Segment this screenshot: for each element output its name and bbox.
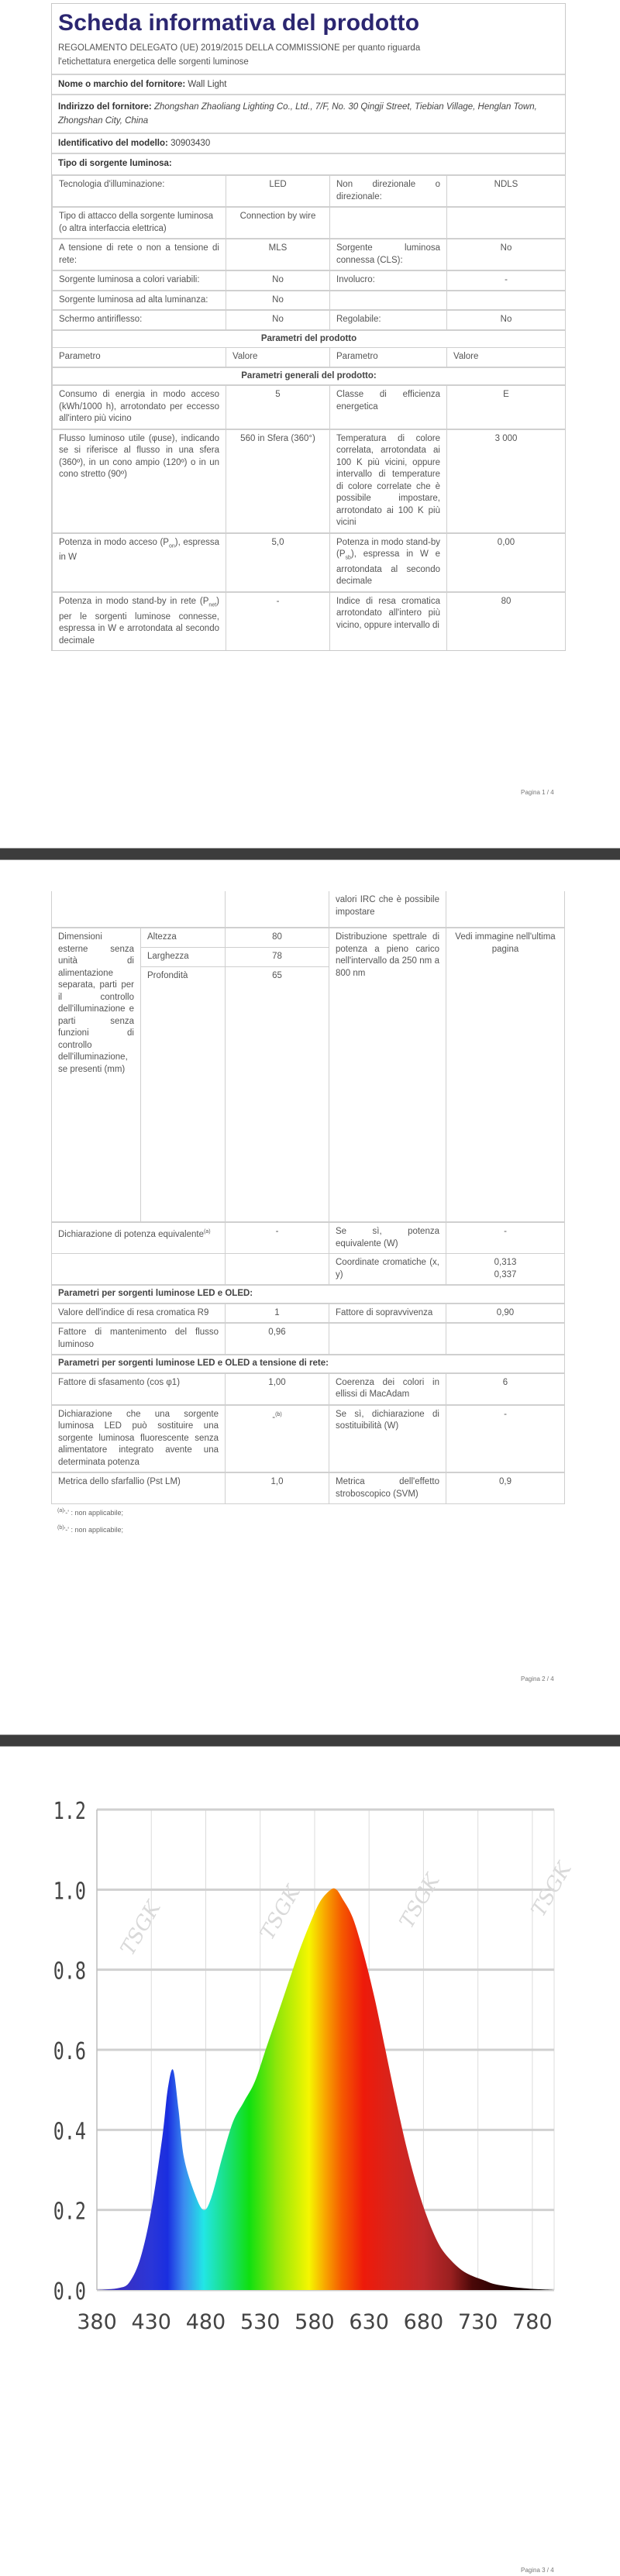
dim-height-value: 80 xyxy=(226,928,329,948)
param-value: No xyxy=(226,270,330,291)
param-label: Coerenza dei colori in ellissi di MacAda… xyxy=(329,1373,446,1405)
x-tick-label: 380 xyxy=(77,2310,117,2334)
x-tick-label: 480 xyxy=(186,2310,226,2334)
spd-label: Distribuzione spettrale di potenza a pie… xyxy=(329,928,446,1222)
param-value xyxy=(447,207,566,239)
y-tick-label: 1.0 xyxy=(53,1879,86,1906)
equiv-power-value: - xyxy=(226,1222,329,1254)
param-label: Potenza in modo stand-by (Psb), espressa… xyxy=(330,533,447,592)
product-table-p2: valori IRC che è possibile impostare Dim… xyxy=(51,891,565,1504)
param-label: Valore dell'indice di resa cromatica R9 xyxy=(52,1303,226,1324)
table-row: Schermo antiriflesso:NoRegolabile:No xyxy=(53,310,566,330)
section-led-oled: Parametri per sorgenti luminose LED e OL… xyxy=(52,1285,565,1303)
model-label: Identificativo del modello: xyxy=(58,139,168,148)
param-label: Sorgente luminosa ad alta luminanza: xyxy=(53,291,226,311)
section-mains-led: Parametri per sorgenti luminose LED e OL… xyxy=(52,1355,565,1373)
param-label: Fattore di mantenimento del flusso lumin… xyxy=(52,1323,226,1355)
param-label: Dichiarazione che una sorgente luminosa … xyxy=(52,1405,226,1473)
param-value: 80 xyxy=(447,592,566,650)
table-row: Sorgente luminosa a colori variabili:NoI… xyxy=(53,270,566,291)
supplier-label: Nome o marchio del fornitore: xyxy=(58,80,185,89)
model-value: 30903430 xyxy=(170,139,210,148)
param-label: Involucro: xyxy=(330,270,447,291)
x-tick-label: 780 xyxy=(512,2310,553,2334)
y-tick-label: 0.8 xyxy=(53,1958,86,1985)
section-general-params: Parametri generali del prodotto: xyxy=(53,367,566,386)
param-value: No xyxy=(226,291,330,311)
chroma-label: Coordinate cromatiche (x, y) xyxy=(329,1254,446,1286)
subtitle-line-2: l'etichettatura energetica delle sorgent… xyxy=(58,55,559,69)
param-value: - xyxy=(226,592,330,650)
table-row: Potenza in modo stand-by in rete (Pnet) … xyxy=(53,592,566,650)
param-label: Schermo antiriflesso: xyxy=(53,310,226,330)
param-value: -(b) xyxy=(226,1405,329,1473)
param-label: Classe di efficienza energetica xyxy=(330,385,447,429)
table-row: Valore dell'indice di resa cromatica R91… xyxy=(52,1303,565,1324)
subtitle-line-1: REGOLAMENTO DELEGATO (UE) 2019/2015 DELL… xyxy=(58,41,559,55)
watermark-text: TSGK xyxy=(395,1869,445,1933)
supplier-value: Wall Light xyxy=(188,80,226,89)
param-label: Potenza in modo stand-by in rete (Pnet) … xyxy=(53,592,226,650)
address-row: Indirizzo del fornitore: Zhongshan Zhaol… xyxy=(52,94,565,133)
dim-height-label: Altezza xyxy=(141,928,226,948)
param-label: Sorgente luminosa connessa (CLS): xyxy=(330,239,447,270)
table-row: Dichiarazione che una sorgente luminosa … xyxy=(52,1405,565,1473)
param-value: 560 in Sfera (360°) xyxy=(226,429,330,533)
x-tick-label: 530 xyxy=(240,2310,281,2334)
source-type-row: Tipo di sorgente luminosa: xyxy=(52,153,565,174)
product-info-sheet: Scheda informativa del prodotto REGOLAME… xyxy=(51,3,566,651)
page-separator xyxy=(0,1734,620,1747)
col-header-param: Parametro xyxy=(53,348,226,367)
table-row: A tensione di rete o non a tensione di r… xyxy=(53,239,566,270)
param-value: LED xyxy=(226,175,330,207)
param-value: 6 xyxy=(446,1373,565,1405)
watermark-text: TSGK xyxy=(116,1896,166,1960)
x-tick-label: 680 xyxy=(404,2310,444,2334)
param-value: - xyxy=(447,270,566,291)
param-label: Potenza in modo acceso (Pon), espressa i… xyxy=(53,533,226,592)
spectral-distribution-chart: TSGKTSGKTSGKTSGK0.00.20.40.60.81.01.2380… xyxy=(0,1775,620,2379)
param-label: Temperatura di colore correlata, arroton… xyxy=(330,429,447,533)
param-value: No xyxy=(226,310,330,330)
param-label: Non direzionale o direzionale: xyxy=(330,175,447,207)
param-value: 5,0 xyxy=(226,533,330,592)
dim-depth-label: Profondità xyxy=(141,967,226,1223)
param-value: 5 xyxy=(226,385,330,429)
x-tick-label: 430 xyxy=(131,2310,171,2334)
param-value: 3 000 xyxy=(447,429,566,533)
equiv-power-label: Dichiarazione di potenza equivalente(a) xyxy=(52,1222,226,1254)
table-row: Potenza in modo acceso (Pon), espressa i… xyxy=(53,533,566,592)
param-label: Metrica dell'effetto stroboscopico (SVM) xyxy=(329,1472,446,1504)
x-tick-label: 730 xyxy=(458,2310,498,2334)
y-tick-label: 0.4 xyxy=(53,2119,86,2146)
param-label: Fattore di sfasamento (cos φ1) xyxy=(52,1373,226,1405)
param-value: 0,9 xyxy=(446,1472,565,1504)
table-row: Fattore di sfasamento (cos φ1)1,00Coeren… xyxy=(52,1373,565,1405)
param-label: Tipo di attacco della sorgente luminosa(… xyxy=(53,207,226,239)
y-tick-label: 0.0 xyxy=(53,2278,86,2306)
param-value: E xyxy=(447,385,566,429)
chroma-y: 0,337 xyxy=(453,1269,558,1282)
page-separator xyxy=(0,848,620,860)
dim-width-value: 78 xyxy=(226,948,329,967)
table-row: Sorgente luminosa ad alta luminanza:No xyxy=(53,291,566,311)
param-value: No xyxy=(447,310,566,330)
param-label: Se sì, dichiarazione di sostituibilità (… xyxy=(329,1405,446,1473)
dim-depth-value: 65 xyxy=(226,967,329,1223)
param-label: Indice di resa cromatica arrotondato all… xyxy=(330,592,447,650)
param-value xyxy=(447,291,566,311)
dim-width-label: Larghezza xyxy=(141,948,226,967)
col-header-value: Valore xyxy=(447,348,566,367)
page-number: Pagina 3 / 4 xyxy=(521,2567,554,2574)
param-label xyxy=(329,1323,446,1355)
param-label xyxy=(330,291,447,311)
param-value: 0,00 xyxy=(447,533,566,592)
product-table-p2-wrap: valori IRC che è possibile impostare Dim… xyxy=(51,891,564,1504)
section-product-params: Parametri del prodotto xyxy=(53,330,566,348)
regulation-subtitle: REGOLAMENTO DELEGATO (UE) 2019/2015 DELL… xyxy=(52,36,565,74)
spectrum-area xyxy=(97,1889,554,2290)
param-label: Metrica dello sfarfallio (Pst LM) xyxy=(52,1472,226,1504)
param-value: - xyxy=(446,1405,565,1473)
footnote: (b)'-' : non applicabile; xyxy=(57,1520,123,1538)
page-number: Pagina 1 / 4 xyxy=(521,789,554,796)
param-label xyxy=(330,207,447,239)
param-value: NDLS xyxy=(447,175,566,207)
y-tick-label: 0.6 xyxy=(53,2038,86,2065)
product-table-p1: Tecnologia d'illuminazione:LEDNon direzi… xyxy=(52,174,566,650)
param-value: MLS xyxy=(226,239,330,270)
source-type-label: Tipo di sorgente luminosa: xyxy=(58,159,172,168)
x-tick-label: 630 xyxy=(349,2310,389,2334)
model-row: Identificativo del modello: 30903430 xyxy=(52,133,565,153)
supplier-row: Nome o marchio del fornitore: Wall Light xyxy=(52,74,565,94)
footnote: (a)'-' : non applicabile; xyxy=(57,1503,123,1520)
param-label: Tecnologia d'illuminazione: xyxy=(53,175,226,207)
col-header-param: Parametro xyxy=(330,348,447,367)
table-row: Tecnologia d'illuminazione:LEDNon direzi… xyxy=(53,175,566,207)
page-number: Pagina 2 / 4 xyxy=(521,1675,554,1682)
param-label: A tensione di rete o non a tensione di r… xyxy=(53,239,226,270)
param-value: 1 xyxy=(226,1303,329,1324)
address-label: Indirizzo del fornitore: xyxy=(58,102,152,112)
dimensions-label: Dimensioni esterne senza unità di alimen… xyxy=(52,928,141,1222)
col-header-value: Valore xyxy=(226,348,330,367)
chroma-x: 0,313 xyxy=(453,1257,558,1269)
table-row: Tipo di attacco della sorgente luminosa(… xyxy=(53,207,566,239)
param-label: Fattore di sopravvivenza xyxy=(329,1303,446,1324)
param-label: Sorgente luminosa a colori variabili: xyxy=(53,270,226,291)
param-value: 1,00 xyxy=(226,1373,329,1405)
equiv-watt-value: - xyxy=(446,1222,565,1254)
param-value: 1,0 xyxy=(226,1472,329,1504)
cri-cont-text: valori IRC che è possibile impostare xyxy=(329,891,446,928)
chroma-value: 0,313 0,337 xyxy=(446,1254,565,1286)
table-row: Fattore di mantenimento del flusso lumin… xyxy=(52,1323,565,1355)
param-value: Connection by wire xyxy=(226,207,330,239)
footnotes: (a)'-' : non applicabile;(b)'-' : non ap… xyxy=(57,1503,123,1538)
table-row: Consumo di energia in modo acceso (kWh/1… xyxy=(53,385,566,429)
y-tick-label: 1.2 xyxy=(53,1798,86,1825)
param-value: 0,90 xyxy=(446,1303,565,1324)
table-row: Metrica dello sfarfallio (Pst LM)1,0Metr… xyxy=(52,1472,565,1504)
table-row: Flusso luminoso utile (φuse), indicando … xyxy=(53,429,566,533)
param-label: Consumo di energia in modo acceso (kWh/1… xyxy=(53,385,226,429)
param-value: No xyxy=(447,239,566,270)
param-label: Regolabile: xyxy=(330,310,447,330)
y-tick-label: 0.2 xyxy=(53,2199,86,2226)
spd-value: Vedi immagine nell'ultima pagina xyxy=(446,928,565,1222)
x-tick-label: 580 xyxy=(294,2310,335,2334)
equiv-watt-label: Se sì, potenza equivalente (W) xyxy=(329,1222,446,1254)
page-title: Scheda informativa del prodotto xyxy=(52,4,565,36)
param-value xyxy=(446,1323,565,1355)
param-label: Flusso luminoso utile (φuse), indicando … xyxy=(53,429,226,533)
param-value: 0,96 xyxy=(226,1323,329,1355)
